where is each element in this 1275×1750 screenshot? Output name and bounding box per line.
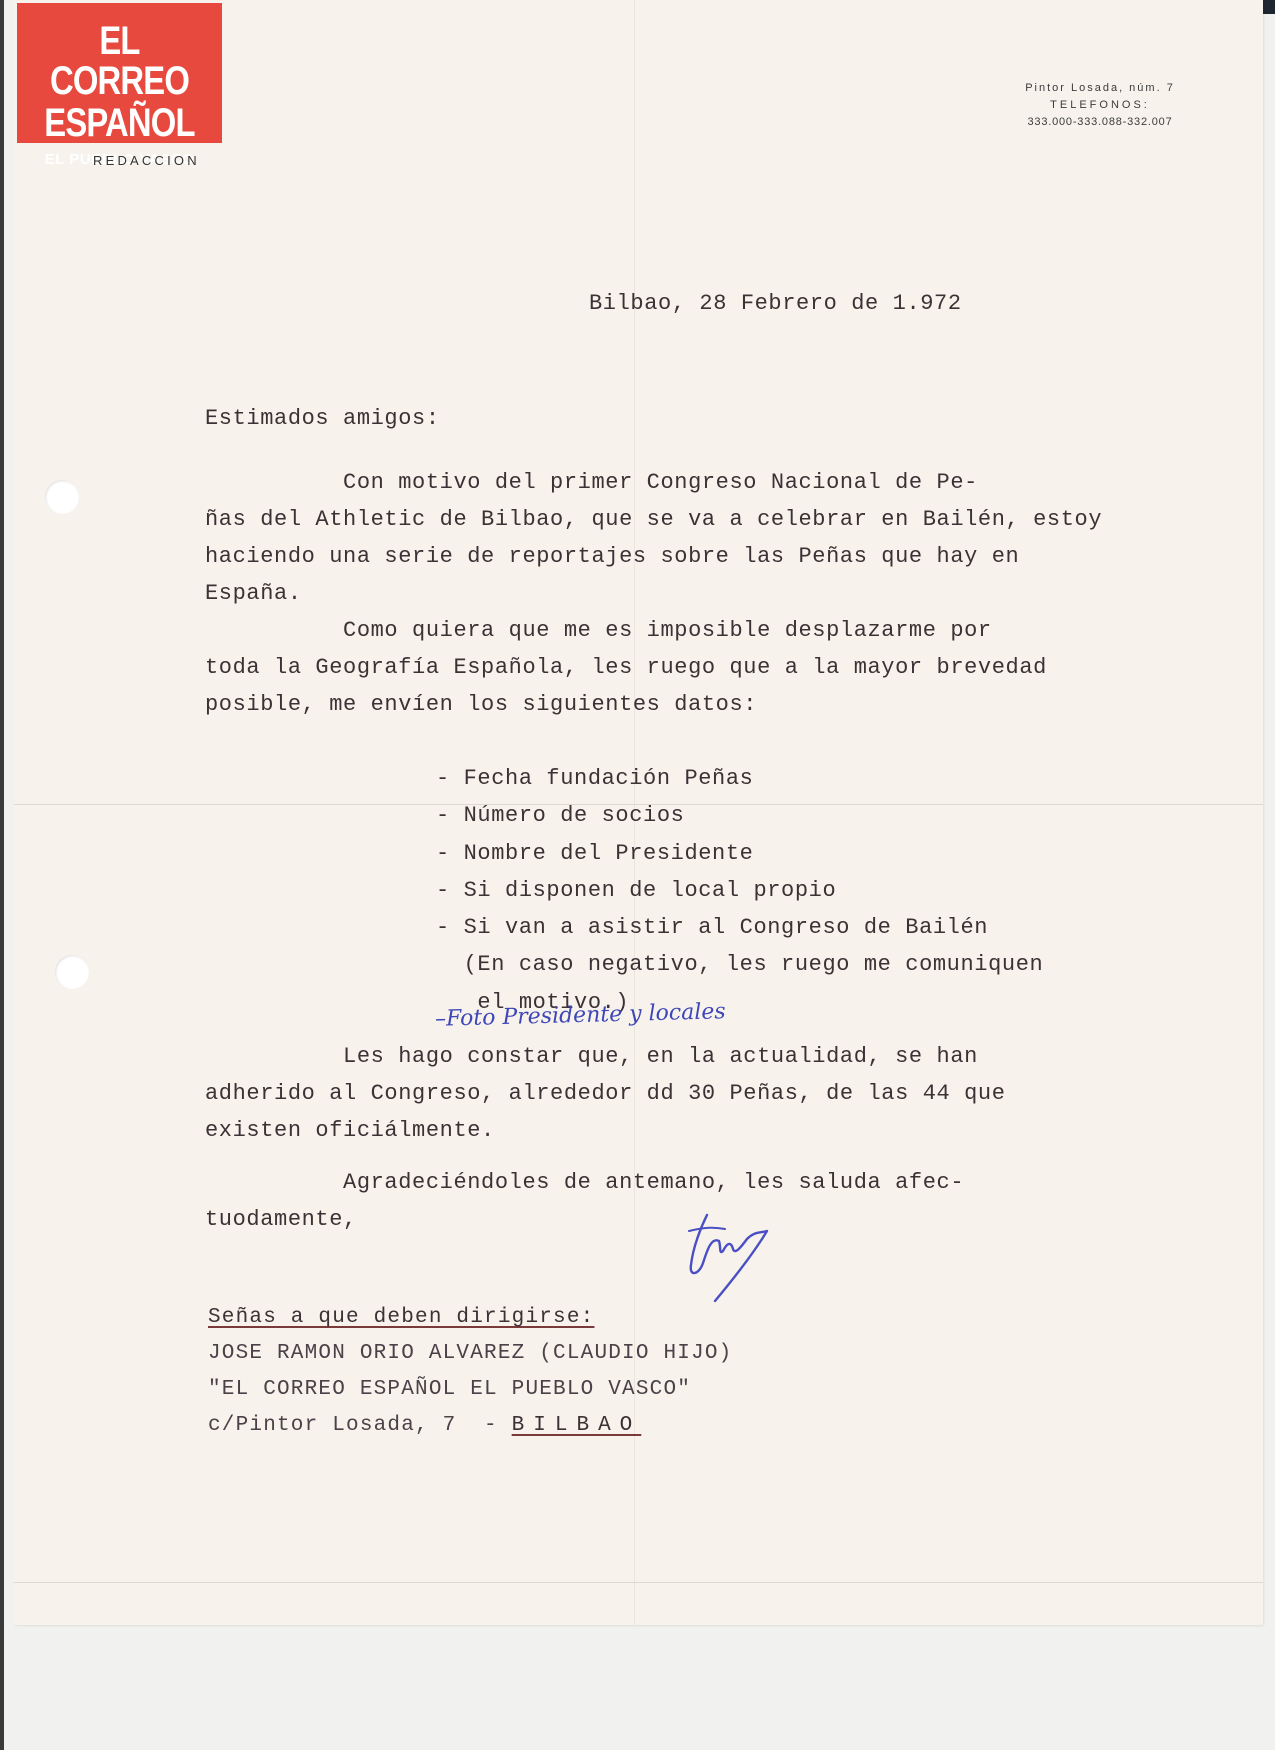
list-item: - Nombre del Presidente [436, 835, 1043, 872]
text-line: haciendo una serie de reportajes sobre l… [205, 538, 1102, 575]
salutation: Estimados amigos: [205, 406, 440, 431]
list-item: - Número de socios [436, 797, 1043, 834]
reply-address: Señas a que deben dirigirse: JOSE RAMON … [208, 1300, 732, 1444]
text-line: España. [205, 575, 1102, 612]
list-item: - Fecha fundación Peñas [436, 760, 1043, 797]
office-address: Pintor Losada, núm. 7 [975, 80, 1225, 97]
reply-address-city: BILBAO [512, 1414, 642, 1437]
fold-crease [14, 1582, 1263, 1583]
text-line: tuodamente, [205, 1201, 964, 1238]
reply-address-name: JOSE RAMON ORIO ALVAREZ (CLAUDIO HIJO) [208, 1336, 732, 1372]
text-line: toda la Geografía Española, les ruego qu… [205, 649, 1047, 686]
letter-date: Bilbao, 28 Febrero de 1.972 [589, 291, 962, 316]
paragraph-request: Como quiera que me es imposible desplaza… [205, 612, 1047, 723]
reply-address-street-line: c/Pintor Losada, 7 - BILBAO [208, 1408, 732, 1444]
text-line: Con motivo del primer Congreso Nacional … [205, 464, 1102, 501]
requested-data-list: - Fecha fundación Peñas - Número de soci… [436, 760, 1043, 1021]
reply-address-organization: "EL CORREO ESPAÑOL EL PUEBLO VASCO" [208, 1372, 732, 1408]
reply-address-heading: Señas a que deben dirigirse: [208, 1300, 732, 1336]
paragraph-status: Les hago constar que, en la actualidad, … [205, 1038, 1006, 1149]
text-line: Como quiera que me es imposible desplaza… [205, 612, 1047, 649]
phone-numbers: 333.000-333.088-332.007 [975, 114, 1225, 131]
list-item: - Si disponen de local propio [436, 872, 1043, 909]
text-line: posible, me envíen los siguientes datos: [205, 686, 1047, 723]
text-line: Agradeciéndoles de antemano, les saluda … [205, 1164, 964, 1201]
logo-line-2: ESPAÑOL [35, 103, 203, 143]
phones-label: TELEFONOS: [975, 97, 1225, 114]
logo-line-1: EL CORREO [35, 21, 203, 101]
text-line: Les hago constar que, en la actualidad, … [205, 1038, 1006, 1075]
signature-icon [685, 1207, 795, 1307]
department-label: REDACCION [93, 153, 200, 168]
reply-address-street: c/Pintor Losada, 7 - [208, 1414, 512, 1437]
contact-block: Pintor Losada, núm. 7 TELEFONOS: 333.000… [975, 80, 1225, 131]
newspaper-logo: EL CORREO ESPAÑOL EL PUEBLO VASCO [17, 3, 222, 143]
text-line: adherido al Congreso, alrededor dd 30 Pe… [205, 1075, 1006, 1112]
text-line: ñas del Athletic de Bilbao, que se va a … [205, 501, 1102, 538]
list-item: - Si van a asistir al Congreso de Bailén [436, 909, 1043, 946]
paragraph-closing: Agradeciéndoles de antemano, les saluda … [205, 1164, 964, 1238]
text-line: existen oficiálmente. [205, 1112, 1006, 1149]
list-item: (En caso negativo, les ruego me comuniqu… [436, 946, 1043, 983]
paragraph-intro: Con motivo del primer Congreso Nacional … [205, 464, 1102, 612]
punch-hole [55, 955, 89, 989]
scan-border [0, 0, 4, 1750]
punch-hole [45, 480, 79, 514]
